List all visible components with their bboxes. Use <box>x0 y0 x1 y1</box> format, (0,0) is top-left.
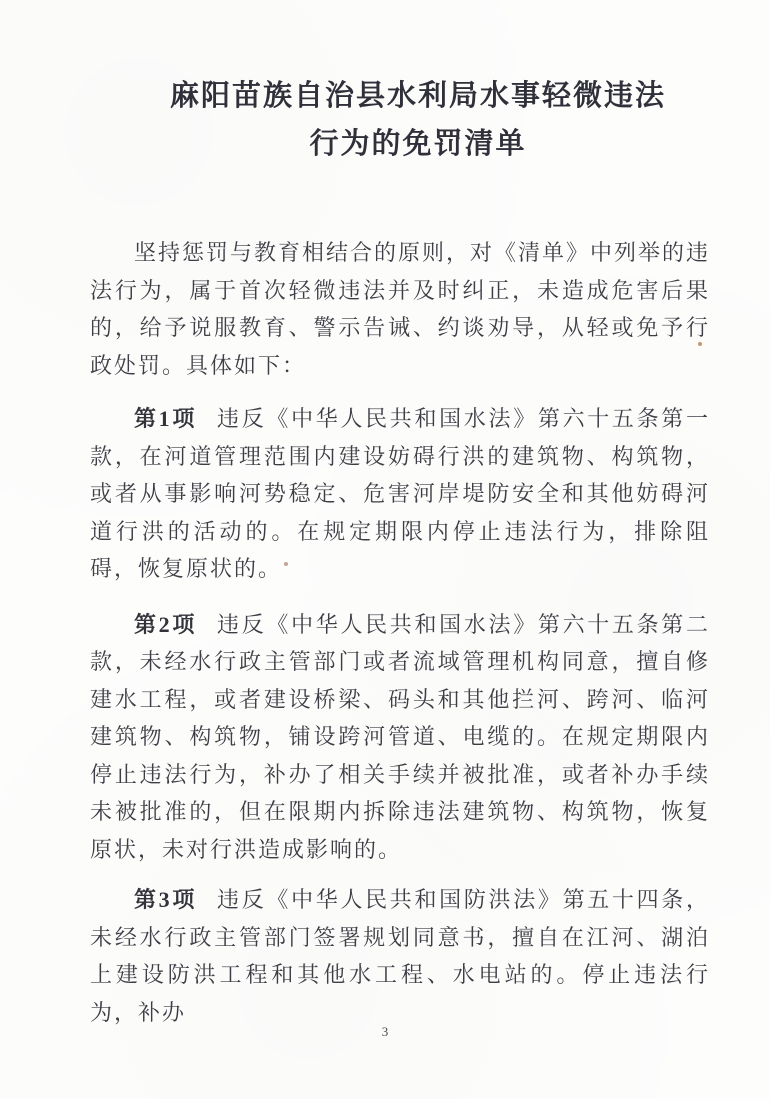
title-line-2: 行为的免罚清单 <box>108 120 728 168</box>
item-3-label: 第3项 <box>134 887 197 912</box>
item-2-text: 违反《中华人民共和国水法》第六十五条第二款，未经水行政主管部门或者流域管理机构同… <box>90 612 710 862</box>
item-paragraph-1: 第1项违反《中华人民共和国水法》第六十五条第一款，在河道管理范围内建设妨碍行洪的… <box>90 400 710 588</box>
item-paragraph-2: 第2项违反《中华人民共和国水法》第六十五条第二款，未经水行政主管部门或者流域管理… <box>90 606 710 869</box>
document-content: 麻阳苗族自治县水利局水事轻微违法 行为的免罚清单 坚持惩罚与教育相结合的原则，对… <box>90 0 710 1031</box>
intro-paragraph: 坚持惩罚与教育相结合的原则，对《清单》中列举的违法行为，属于首次轻微违法并及时纠… <box>90 234 710 384</box>
title-line-1: 麻阳苗族自治县水利局水事轻微违法 <box>108 72 728 120</box>
item-1-label: 第1项 <box>134 406 197 431</box>
item-1-text: 违反《中华人民共和国水法》第六十五条第一款，在河道管理范围内建设妨碍行洪的建筑物… <box>90 406 710 581</box>
item-paragraph-3: 第3项违反《中华人民共和国防洪法》第五十四条，未经水行政主管部门签署规划同意书，… <box>90 881 710 1031</box>
item-2-label: 第2项 <box>134 612 197 637</box>
scanned-document-page: 麻阳苗族自治县水利局水事轻微违法 行为的免罚清单 坚持惩罚与教育相结合的原则，对… <box>0 0 770 1099</box>
page-number: 3 <box>0 1024 770 1040</box>
document-title: 麻阳苗族自治县水利局水事轻微违法 行为的免罚清单 <box>108 72 728 168</box>
